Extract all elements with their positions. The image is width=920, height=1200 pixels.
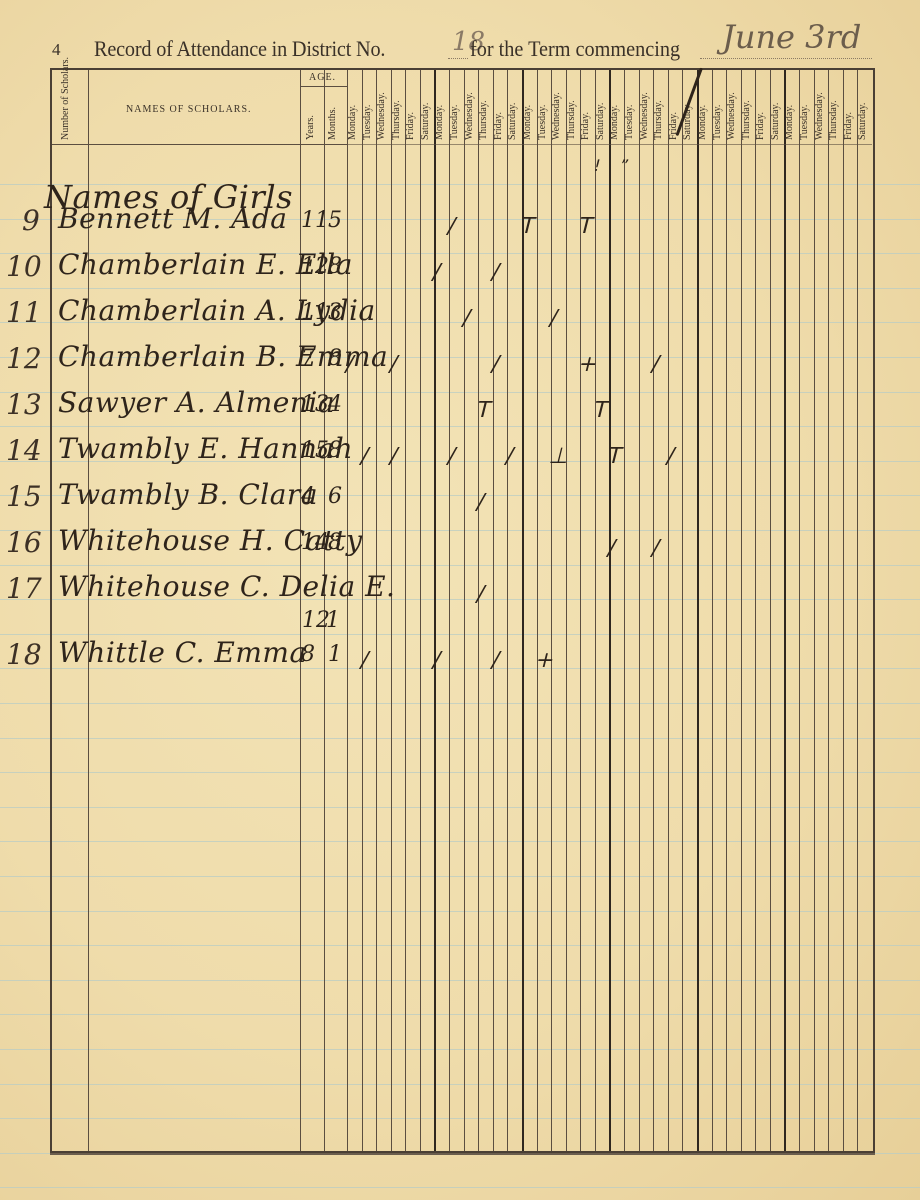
header-age: AGE. bbox=[309, 72, 336, 83]
day-header-saturday: Saturday. bbox=[594, 74, 608, 140]
day-header-tuesday: Tuesday. bbox=[798, 74, 812, 140]
scholar-number: 18 bbox=[6, 638, 42, 671]
day-header-thursday: Thursday. bbox=[827, 74, 841, 140]
day-header-wednesday: Wednesday. bbox=[813, 74, 827, 140]
scholar-row: 13Sawyer A. Almenia134 bbox=[0, 384, 920, 428]
term-start-date: June 3rd bbox=[722, 18, 861, 56]
scholar-row: 14Twambly E. Hannah158 bbox=[0, 430, 920, 474]
age-years: 11 bbox=[301, 208, 329, 233]
age-months: 3 bbox=[328, 300, 342, 325]
day-header-monday: Monday. bbox=[346, 74, 360, 140]
header-bottom-rule bbox=[52, 144, 347, 145]
day-header-tuesday: Tuesday. bbox=[361, 74, 375, 140]
day-header-tuesday: Tuesday. bbox=[623, 74, 637, 140]
day-header-tuesday: Tuesday. bbox=[448, 74, 462, 140]
day-header-friday: Friday. bbox=[842, 74, 856, 140]
scholar-name: Whitehouse C. Delia E. bbox=[58, 570, 395, 603]
age-months: 6 bbox=[328, 484, 342, 509]
ruled-line bbox=[0, 1187, 920, 1188]
header-months: Months. bbox=[327, 90, 338, 140]
day-header-monday: Monday. bbox=[696, 74, 710, 140]
day-header-monday: Monday. bbox=[521, 74, 535, 140]
age-months: 8 bbox=[328, 346, 342, 371]
day-header-thursday: Thursday. bbox=[390, 74, 404, 140]
day-header-saturday: Saturday. bbox=[769, 74, 783, 140]
day-header-wednesday: Wednesday. bbox=[375, 74, 389, 140]
header-names-of-scholars: NAMES OF SCHOLARS. bbox=[126, 104, 252, 115]
day-header-thursday: Thursday. bbox=[652, 74, 666, 140]
day-header-monday: Monday. bbox=[608, 74, 622, 140]
age-years: 14 bbox=[301, 530, 329, 555]
district-dotted-line bbox=[448, 58, 468, 59]
scholar-row: 9Bennett M. Ada115 bbox=[0, 200, 920, 244]
header-years: Years. bbox=[305, 95, 316, 140]
day-header-friday: Friday. bbox=[579, 74, 593, 140]
day-header-saturday: Saturday. bbox=[856, 74, 870, 140]
age-years: 13 bbox=[301, 392, 329, 417]
scholar-row: 18Whittle C. Emma81 bbox=[0, 634, 920, 678]
age-months: 4 bbox=[328, 392, 342, 417]
day-header-thursday: Thursday. bbox=[477, 74, 491, 140]
day-header-wednesday: Wednesday. bbox=[550, 74, 564, 140]
term-label: for the Term commencing bbox=[470, 36, 680, 62]
scholar-number: 10 bbox=[6, 250, 42, 283]
scholar-name: Whittle C. Emma bbox=[58, 636, 307, 669]
day-header-thursday: Thursday. bbox=[740, 74, 754, 140]
age-months: 1 bbox=[326, 608, 340, 633]
age-years: 15 bbox=[301, 438, 329, 463]
day-header-thursday: Thursday. bbox=[565, 74, 579, 140]
age-years: 7 bbox=[301, 346, 315, 371]
ruled-line bbox=[0, 1153, 920, 1154]
age-years: 11 bbox=[301, 300, 329, 325]
scholar-name: Bennett M. Ada bbox=[58, 202, 288, 235]
scholar-number: 9 bbox=[22, 204, 40, 237]
scholar-number: 17 bbox=[6, 572, 42, 605]
scholar-row: 17Whitehouse C. Delia E.121 bbox=[0, 568, 920, 612]
day-header-tuesday: Tuesday. bbox=[536, 74, 550, 140]
scholar-number: 15 bbox=[6, 480, 42, 513]
day-header-tuesday: Tuesday. bbox=[711, 74, 725, 140]
scholar-row: 10Chamberlain E. Ella128 bbox=[0, 246, 920, 290]
day-header-monday: Monday. bbox=[433, 74, 447, 140]
day-header-monday: Monday. bbox=[783, 74, 797, 140]
scholar-row: 12Chamberlain B. Emma78 bbox=[0, 338, 920, 382]
header-number-of-scholars: Number of Scholars. bbox=[60, 78, 84, 140]
age-months: 8 bbox=[328, 530, 342, 555]
day-header-wednesday: Wednesday. bbox=[463, 74, 477, 140]
record-title: Record of Attendance in District No. bbox=[94, 36, 385, 62]
scholar-number: 14 bbox=[6, 434, 42, 467]
scholar-name: Sawyer A. Almenia bbox=[58, 386, 335, 419]
age-months: 8 bbox=[328, 438, 342, 463]
age-years: 12 bbox=[301, 254, 329, 279]
day-header-rule bbox=[347, 144, 872, 145]
age-months: 8 bbox=[328, 254, 342, 279]
scholar-number: 16 bbox=[6, 526, 42, 559]
day-header-wednesday: Wednesday. bbox=[725, 74, 739, 140]
scholar-number: 13 bbox=[6, 388, 42, 421]
age-header-divider bbox=[300, 86, 347, 87]
age-years: 4 bbox=[301, 484, 315, 509]
day-header-saturday: Saturday. bbox=[506, 74, 520, 140]
scholar-number: 12 bbox=[6, 342, 42, 375]
day-header-saturday: Saturday. bbox=[419, 74, 433, 140]
age-months: 1 bbox=[328, 642, 342, 667]
scholar-name: Twambly B. Clara bbox=[58, 478, 318, 511]
scholar-row: 16Whitehouse H. Catty148 bbox=[0, 522, 920, 566]
day-header-friday: Friday. bbox=[404, 74, 418, 140]
term-dotted-line bbox=[700, 58, 872, 59]
scholar-row: 15Twambly B. Clara46 bbox=[0, 476, 920, 520]
age-years: 8 bbox=[301, 642, 315, 667]
age-months: 5 bbox=[328, 208, 342, 233]
day-header-friday: Friday. bbox=[492, 74, 506, 140]
day-header-friday: Friday. bbox=[754, 74, 768, 140]
scholar-number: 11 bbox=[6, 296, 42, 329]
day-header-wednesday: Wednesday. bbox=[638, 74, 652, 140]
